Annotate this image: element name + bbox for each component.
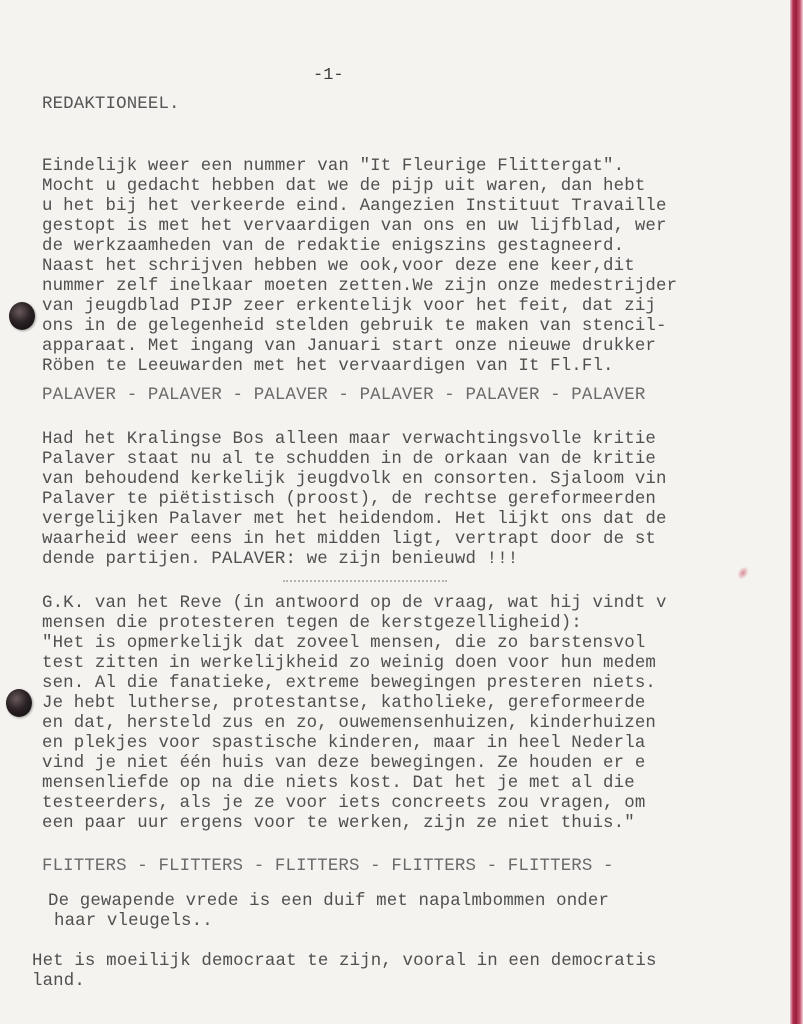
text-line: en plekjes voor spastische kinderen, maa…: [42, 734, 667, 754]
closing-paragraph: Het is moeilijk democraat te zijn, voora…: [32, 952, 657, 992]
text-line: Naast het schrijven hebben we ook,voor d…: [42, 257, 677, 277]
palaver-paragraph: Had het Kralingse Bos alleen maar verwac…: [42, 430, 667, 570]
editorial-paragraph: Eindelijk weer een nummer van "It Fleuri…: [42, 157, 677, 377]
text-line: apparaat. Met ingang van Januari start o…: [42, 337, 677, 357]
text-line: dende partijen. PALAVER: we zijn benieuw…: [42, 550, 667, 570]
text-line: "Het is opmerkelijk dat zoveel mensen, d…: [42, 634, 667, 654]
reve-quote-paragraph: G.K. van het Reve (in antwoord op de vra…: [42, 594, 667, 834]
text-line: sen. Al die fanatieke, extreme beweginge…: [42, 674, 667, 694]
text-line: De gewapende vrede is een duif met napal…: [48, 892, 609, 912]
text-line: G.K. van het Reve (in antwoord op de vra…: [42, 594, 667, 614]
flitters-quote: De gewapende vrede is een duif met napal…: [48, 892, 609, 932]
text-line: de werkzaamheden van de redaktie enigszi…: [42, 237, 677, 257]
text-line: van jeugdblad PIJP zeer erkentelijk voor…: [42, 297, 677, 317]
punch-hole-icon: [9, 302, 35, 330]
text-line: vergelijken Palaver met het heidendom. H…: [42, 510, 667, 530]
text-line: mensen die protesteren tegen de kerstgez…: [42, 614, 667, 634]
text-line: mensenliefde op na die niets kost. Dat h…: [42, 774, 667, 794]
text-line: land.: [32, 972, 657, 992]
text-line: Had het Kralingse Bos alleen maar verwac…: [42, 430, 667, 450]
text-line: van behoudend kerkelijk jeugdvolk en con…: [42, 470, 667, 490]
banner-text: FLITTERS - FLITTERS - FLITTERS - FLITTER…: [42, 857, 614, 877]
text-line: Het is moeilijk democraat te zijn, voora…: [32, 952, 657, 972]
flitters-banner: FLITTERS - FLITTERS - FLITTERS - FLITTER…: [42, 857, 614, 877]
dotted-separator: [283, 580, 447, 582]
text-line: gestopt is met het vervaardigen van ons …: [42, 217, 677, 237]
text-line: een paar uur ergens voor te werken, zijn…: [42, 814, 667, 834]
text-line: Je hebt lutherse, protestantse, katholie…: [42, 694, 667, 714]
section-heading-redaktioneel: REDAKTIONEEL.: [42, 95, 180, 115]
page-number: -1-: [313, 66, 344, 85]
text-line: u het bij het verkeerde eind. Aangezien …: [42, 197, 677, 217]
punch-hole-icon: [6, 689, 32, 717]
text-line: waarheid weer eens in het midden ligt, v…: [42, 530, 667, 550]
page-edge-binding: [790, 0, 803, 1024]
text-line: nummer zelf inelkaar moeten zetten.We zi…: [42, 277, 677, 297]
text-line: haar vleugels..: [48, 912, 609, 932]
text-line: testeerders, als je ze voor iets concree…: [42, 794, 667, 814]
text-line: Palaver te piëtistisch (proost), de rech…: [42, 490, 667, 510]
text-line: Eindelijk weer een nummer van "It Fleuri…: [42, 157, 677, 177]
text-line: Röben te Leeuwarden met het vervaardigen…: [42, 357, 677, 377]
palaver-banner: PALAVER - PALAVER - PALAVER - PALAVER - …: [42, 386, 645, 406]
text-line: en dat, hersteld zus en zo, ouwemensenhu…: [42, 714, 667, 734]
text-line: Palaver staat nu al te schudden in de or…: [42, 450, 667, 470]
text-line: Mocht u gedacht hebben dat we de pijp ui…: [42, 177, 677, 197]
banner-text: PALAVER - PALAVER - PALAVER - PALAVER - …: [42, 386, 645, 406]
document-page: -1- REDAKTIONEEL. Eindelijk weer een num…: [0, 0, 790, 1024]
text-line: ons in de gelegenheid stelden gebruik te…: [42, 317, 677, 337]
text-line: test zitten in werkelijkheid zo weinig d…: [42, 654, 667, 674]
ink-stain: [735, 564, 751, 581]
text-line: vind je niet één huis van deze beweginge…: [42, 754, 667, 774]
